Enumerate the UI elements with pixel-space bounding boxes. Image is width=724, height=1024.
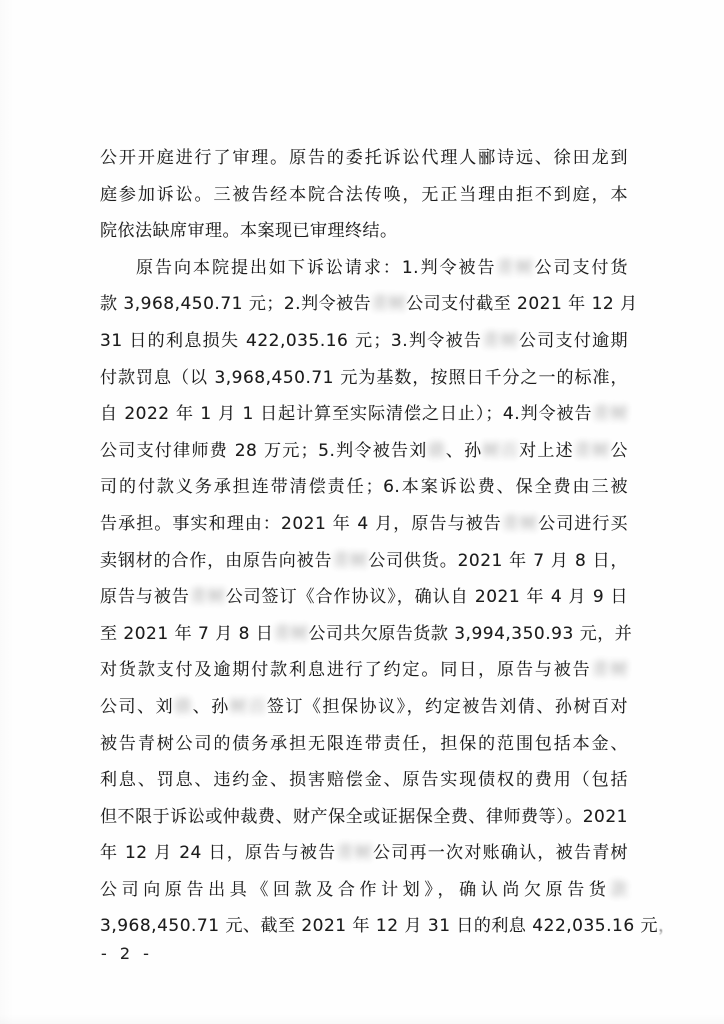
- text-segment: 公司支付逾期: [519, 331, 628, 351]
- text-segment: 公: [611, 441, 629, 461]
- text-segment: 原告向本院提出如下诉讼请求：1.判令被告: [136, 258, 497, 278]
- text-line: 但不限于诉讼或仲裁费、财产保全或证据保全费、律师费等）。2021: [100, 799, 628, 836]
- text-segment: 被告青树公司的债务承担无限连带责任，担保的范围包括本金、: [100, 734, 628, 754]
- text-segment: 公司共欠原告货款 3,994,350.93 元，并: [308, 624, 632, 644]
- redacted-text: 青树: [190, 587, 226, 607]
- text-segment: 公司支付律师费 28 万元；5.判令被告刘: [100, 441, 428, 461]
- page-number: - 2 -: [101, 944, 153, 963]
- text-segment: 对货款支付及逾期付款利息进行了约定。同日，原告与被告: [100, 660, 592, 680]
- text-segment: 庭参加诉讼。三被告经本院合法传唤，无正当理由拒不到庭，本: [100, 185, 628, 205]
- text-segment: 公司进行买: [538, 514, 628, 534]
- text-line: 院依法缺席审理。本案现已审理终结。: [100, 213, 628, 250]
- text-line: 卖钢材的合作，由原告向被告青树公司供货。2021 年 7 月 8 日，: [100, 543, 628, 580]
- text-segment: 卖钢材的合作，由原告向被告: [100, 551, 332, 571]
- text-segment: 付款罚息（以 3,968,450.71 元为基数，按照日千分之一的标准，: [100, 368, 628, 388]
- text-line: 告承担。事实和理由：2021 年 4 月，原告与被告青树公司进行买: [100, 506, 628, 543]
- text-segment: 公司支付货: [535, 258, 628, 278]
- redacted-text: 树百: [230, 697, 267, 717]
- text-segment: 公司、刘: [100, 697, 174, 717]
- text-line: 自 2022 年 1 月 1 日起计算至实际清偿之日止）；4.判令被告青树: [100, 396, 628, 433]
- redacted-text: 青树: [593, 404, 628, 424]
- text-line: 年 12 月 24 日，原告与被告青树公司再一次对账确认，被告青树: [100, 835, 628, 872]
- text-line: 公司、刘倩、孙树百签订《担保协议》，约定被告刘倩、孙树百对: [100, 689, 628, 726]
- text-line: 付款罚息（以 3,968,450.71 元为基数，按照日千分之一的标准，: [100, 360, 628, 397]
- redacted-text: 青树: [497, 258, 535, 278]
- text-segment: 、孙: [446, 441, 483, 461]
- text-segment: 但不限于诉讼或仲裁费、财产保全或证据保全费、律师费等）。2021: [100, 807, 628, 827]
- text-line: 被告青树公司的债务承担无限连带责任，担保的范围包括本金、: [100, 726, 628, 763]
- text-segment: 款 3,968,450.71 元；2.判令被告: [100, 294, 371, 314]
- text-line: 3,968,450.71 元、截至 2021 年 12 月 31 日的利息 42…: [100, 908, 628, 945]
- redacted-text: 青树: [371, 294, 406, 314]
- text-line: 利息、罚息、违约金、损害赔偿金、原告实现债权的费用（包括: [100, 762, 628, 799]
- faint-text: ，: [658, 916, 676, 936]
- text-line: 原告与被告青树公司签订《合作协议》，确认自 2021 年 4 月 9 日: [100, 579, 628, 616]
- text-line: 庭参加诉讼。三被告经本院合法传唤，无正当理由拒不到庭，本: [100, 177, 628, 214]
- text-segment: 31 日的利息损失 422,035.16 元；3.判令被告: [100, 331, 482, 351]
- redacted-text: 青树: [592, 660, 628, 680]
- text-segment: 告承担。事实和理由：2021 年 4 月，原告与被告: [100, 514, 502, 534]
- text-segment: 自 2022 年 1 月 1 日起计算至实际清偿之日止）；4.判令被告: [100, 404, 593, 424]
- text-segment: 院依法缺席审理。本案现已审理终结。: [100, 221, 398, 241]
- text-segment: 利息、罚息、违约金、损害赔偿金、原告实现债权的费用（包括: [100, 770, 628, 790]
- text-segment: 公司签订《合作协议》，确认自 2021 年 4 月 9 日: [226, 587, 628, 607]
- text-line: 对货款支付及逾期付款利息进行了约定。同日，原告与被告青树: [100, 652, 628, 689]
- document-page: 公开开庭进行了审理。原告的委托诉讼代理人郦诗远、徐田龙到庭参加诉讼。三被告经本院…: [0, 0, 724, 1024]
- document-text: 公开开庭进行了审理。原告的委托诉讼代理人郦诗远、徐田龙到庭参加诉讼。三被告经本院…: [100, 140, 628, 945]
- redacted-text: 青树: [332, 551, 368, 571]
- text-segment: 司的付款义务承担连带清偿责任；6.本案诉讼费、保全费由三被: [100, 477, 628, 497]
- redacted-text: 倩: [428, 441, 446, 461]
- text-line: 原告向本院提出如下诉讼请求：1.判令被告青树公司支付货: [100, 250, 628, 287]
- text-segment: 、孙: [193, 697, 230, 717]
- text-line: 至 2021 年 7 月 8 日青树公司共欠原告货款 3,994,350.93 …: [100, 616, 628, 653]
- text-segment: 公司供货。2021 年 7 月 8 日，: [368, 551, 628, 571]
- text-line: 款 3,968,450.71 元；2.判令被告青树公司支付截至 2021 年 1…: [100, 286, 628, 323]
- text-segment: 原告与被告: [100, 587, 190, 607]
- text-segment: 公开开庭进行了审理。原告的委托诉讼代理人郦诗远、徐田龙到: [100, 148, 628, 168]
- text-line: 公司向原告出具《回款及合作计划》，确认尚欠原告货款: [100, 872, 628, 909]
- redacted-text: 款: [611, 880, 629, 900]
- text-segment: 3,968,450.71 元、截至 2021 年 12 月 31 日的利息 42…: [100, 916, 658, 936]
- text-segment: 公司支付截至 2021 年 12 月: [406, 294, 638, 314]
- text-segment: 年 12 月 24 日，原告与被告: [100, 843, 336, 863]
- text-segment: 公司再一次对账确认，被告青树: [373, 843, 628, 863]
- redacted-text: 青树: [482, 331, 519, 351]
- redacted-text: 倩: [174, 697, 193, 717]
- redacted-text: 青树: [574, 441, 611, 461]
- text-segment: 签订《担保协议》，约定被告刘倩、孙树百对: [267, 697, 628, 717]
- text-segment: 至 2021 年 7 月 8 日: [100, 624, 273, 644]
- text-line: 31 日的利息损失 422,035.16 元；3.判令被告青树公司支付逾期: [100, 323, 628, 360]
- redacted-text: 青树: [273, 624, 308, 644]
- redacted-text: 青树: [502, 514, 538, 534]
- text-line: 司的付款义务承担连带清偿责任；6.本案诉讼费、保全费由三被: [100, 469, 628, 506]
- text-line: 公开开庭进行了审理。原告的委托诉讼代理人郦诗远、徐田龙到: [100, 140, 628, 177]
- text-segment: 公司向原告出具《回款及合作计划》，确认尚欠原告货: [100, 880, 611, 900]
- text-segment: 对上述: [519, 441, 574, 461]
- redacted-text: 青树: [336, 843, 373, 863]
- redacted-text: 树百: [482, 441, 519, 461]
- text-line: 公司支付律师费 28 万元；5.判令被告刘倩、孙树百对上述青树公: [100, 433, 628, 470]
